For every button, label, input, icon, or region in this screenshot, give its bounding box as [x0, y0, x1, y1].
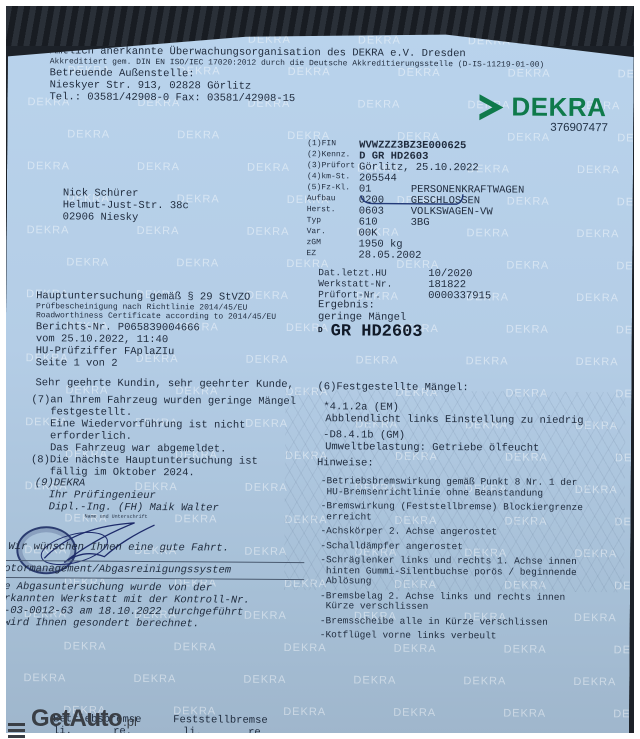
dekra-watermark: DEKRA [247, 226, 290, 238]
dekra-watermark: DEKRA [246, 290, 289, 302]
dekra-watermark: DEKRA [356, 354, 399, 366]
dekra-watermark: DEKRA [615, 452, 634, 464]
dekra-watermark: DEKRA [177, 129, 220, 141]
closing-line: Wir wünschen Ihnen eine gute Fahrt. [8, 542, 229, 555]
note-line: -Achskörper 2. Achse angerostet [320, 526, 497, 538]
dekra-watermark: DEKRA [577, 228, 620, 240]
vehicle-extra-value: 0000337915 [428, 291, 491, 303]
note-line: -Bremsscheibe alle in Kürze verschlissen [320, 616, 548, 628]
divider [6, 577, 304, 580]
dekra-watermark: DEKRA [174, 641, 217, 653]
dekra-watermark: DEKRA [506, 259, 549, 271]
dekra-watermark: DEKRA [137, 225, 180, 237]
note-line: Kürze verschlissen [320, 601, 428, 612]
dekra-watermark: DEKRA [577, 164, 620, 176]
page-indicator: Seite 1 von 2 [36, 358, 118, 370]
vehicle-field-label: (4)km-St. [307, 173, 350, 182]
dekra-watermark: DEKRA [357, 98, 400, 110]
dekra-watermark: DEKRA [576, 292, 619, 304]
dekra-watermark: DEKRA [616, 324, 634, 336]
dekra-watermark: DEKRA [23, 672, 66, 684]
defect-description: Umweltbelastung: Getriebe ölfeucht [325, 442, 539, 455]
dekra-watermark: DEKRA [247, 162, 290, 174]
vehicle-field-label: (1)FIN [307, 140, 336, 149]
dekra-watermark: DEKRA [504, 643, 547, 655]
dekra-watermark: DEKRA [245, 418, 288, 430]
dekra-watermark: DEKRA [27, 224, 70, 236]
plate-country: D [318, 326, 323, 335]
dekra-triangle-icon [477, 92, 505, 122]
dekra-watermark: DEKRA [358, 34, 401, 46]
dekra-watermark: DEKRA [618, 68, 634, 80]
greeting: Sehr geehrte Kundin, sehr geehrter Kunde… [35, 378, 293, 392]
dekra-watermark: DEKRA [133, 673, 176, 685]
dekra-watermark: DEKRA [137, 161, 180, 173]
emissions-title: otormanagement/Abgasreinigungssystem [6, 564, 231, 577]
menu-lines-icon [8, 723, 25, 738]
dekra-watermark: DEKRA [245, 482, 288, 494]
vehicle-field-label: Aufbau [307, 195, 336, 204]
plate-number: GR HD2603 [331, 322, 423, 342]
vehicle-field-label: (2)Kennz. [307, 151, 350, 160]
dekra-watermark: DEKRA [616, 260, 634, 272]
note-line: -Kotflügel vorne links verbeult [320, 630, 497, 642]
dekra-watermark: DEKRA [246, 354, 289, 366]
dekra-watermark: DEKRA [393, 707, 436, 719]
note-line: Ablösung [320, 576, 371, 587]
note-line: erreicht [321, 512, 372, 523]
dekra-watermark: DEKRA [243, 674, 286, 686]
dekra-watermark: DEKRA [64, 640, 107, 652]
dekra-watermark: DEKRA [575, 484, 618, 496]
dekra-watermark: DEKRA [66, 256, 109, 268]
photo-frame: DEKRADEKRADEKRADEKRADEKRADEKRADEKRADEKRA… [6, 6, 634, 733]
dekra-watermark: DEKRA [614, 644, 634, 656]
note-line: HU-Bremsenrichtlinie ohne Beanstandung [321, 487, 543, 499]
emissions-line: wird Ihnen gesondert berechnet. [6, 618, 199, 631]
owner-city: 02906 Niesky [63, 212, 139, 224]
header-line-5: Tel.: 03581/42908-0 Fax: 03581/42908-15 [49, 92, 295, 105]
km-highlight-mark [359, 193, 465, 208]
dekra-watermark: DEKRA [505, 515, 548, 527]
vehicle-field-label: EZ [306, 250, 316, 259]
dekra-watermark: DEKRA [506, 323, 549, 335]
dekra-watermark: DEKRA [394, 643, 437, 655]
brake-sub-li-2: li. [183, 727, 202, 733]
dekra-watermark: DEKRA [615, 516, 634, 528]
dekra-watermark: DEKRA [613, 708, 634, 720]
dekra-watermark: DEKRA [505, 387, 548, 399]
vehicle-field-label: Herst. [307, 206, 336, 215]
brake-sub-re-2: re. [248, 728, 267, 733]
dekra-watermark: DEKRA [573, 676, 616, 688]
dekra-watermark: DEKRA [467, 227, 510, 239]
vehicle-field-value: 28.05.2002 [358, 250, 421, 262]
dekra-watermark: DEKRA [507, 131, 550, 143]
dekra-watermark: DEKRA [463, 675, 506, 687]
dekra-watermark: DEKRA [244, 610, 287, 622]
dekra-watermark: DEKRA [504, 579, 547, 591]
dekra-watermark: DEKRA [244, 546, 287, 558]
getauto-watermark: GetAuto .pl [8, 705, 137, 738]
defects-title: (6)Festgestellte Mängel: [317, 382, 468, 395]
vehicle-field-description: 3BG [411, 218, 430, 230]
dekra-watermark: DEKRA [574, 612, 617, 624]
vehicle-field-label: zGM [306, 239, 320, 248]
document-number: 376907477 [550, 122, 608, 134]
dekra-watermark: DEKRA [615, 388, 634, 400]
dekra-logo: DEKRA [477, 91, 606, 123]
dekra-watermark: DEKRA [617, 196, 634, 208]
dekra-wordmark: DEKRA [511, 92, 606, 124]
dekra-watermark: DEKRA [67, 128, 110, 140]
defect-description: Abblendlicht links Einstellung zu niedri… [325, 414, 583, 428]
note-line: -Schalldämpfer angerostet [320, 541, 463, 553]
vehicle-field-label: Typ [307, 217, 321, 226]
site-tld: .pl [123, 714, 137, 729]
dekra-watermark: DEKRA [466, 355, 509, 367]
vehicle-field-label: (3)Prüfort [307, 162, 355, 171]
license-plate: DGR HD2603 [318, 322, 423, 342]
notes-title: Hinweise: [317, 458, 374, 470]
dekra-watermark: DEKRA [27, 160, 70, 172]
dekra-watermark: DEKRA [574, 548, 617, 560]
vehicle-field-label: Var. [307, 228, 326, 237]
dekra-watermark: DEKRA [284, 642, 327, 654]
inspection-document: DEKRADEKRADEKRADEKRADEKRADEKRADEKRADEKRA… [6, 28, 634, 733]
dekra-watermark: DEKRA [507, 195, 550, 207]
dekra-watermark: DEKRA [617, 132, 634, 144]
dekra-watermark: DEKRA [614, 580, 634, 592]
dekra-watermark: DEKRA [283, 706, 326, 718]
dekra-watermark: DEKRA [503, 707, 546, 719]
site-name: GetAuto [31, 705, 122, 733]
dekra-watermark: DEKRA [353, 674, 396, 686]
dekra-watermark: DEKRA [176, 257, 219, 269]
vehicle-field-label: (5)Fz-Kl. [307, 184, 350, 193]
dekra-watermark: DEKRA [394, 579, 437, 591]
dekra-watermark: DEKRA [576, 356, 619, 368]
